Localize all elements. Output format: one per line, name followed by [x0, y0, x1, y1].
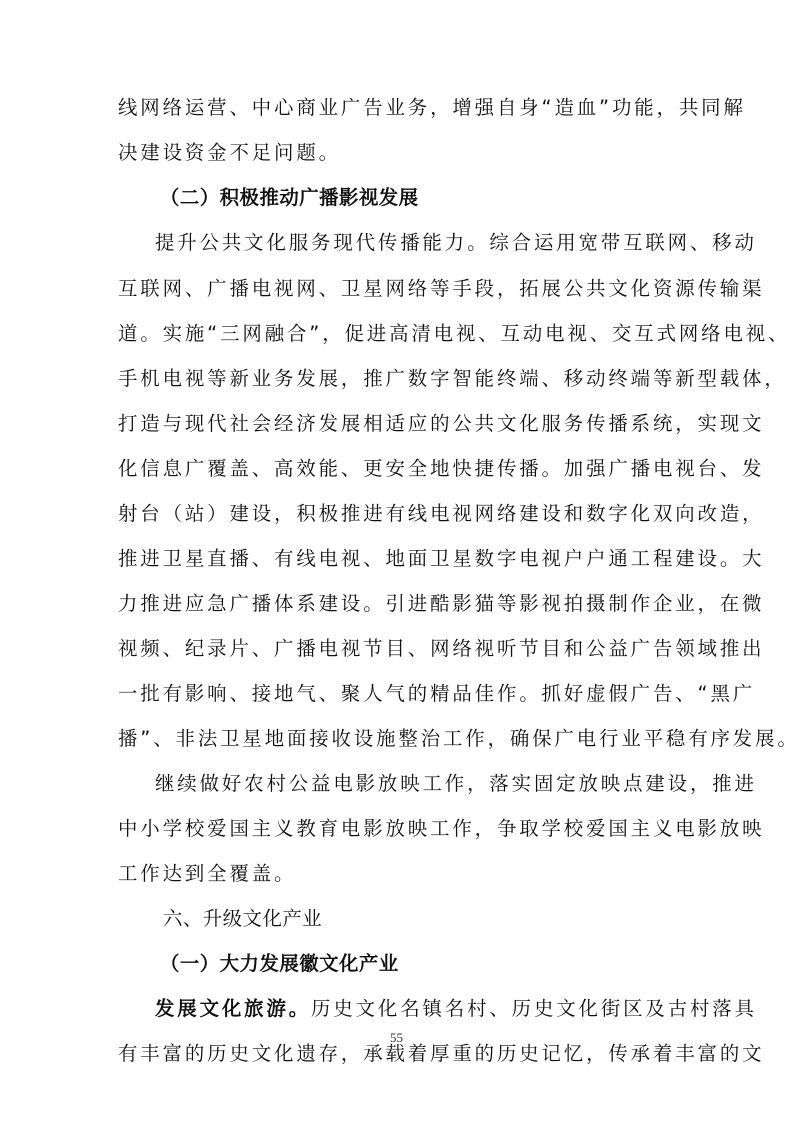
document-page: 线网络运营、中心商业广告业务，增强自身“造血”功能，共同解决建设资金不足问题。（… [0, 0, 793, 1122]
text-line: 推进卫星直播、有线电视、地面卫星数字电视户户通工程建设。大 [118, 547, 686, 571]
text-line: 线网络运营、中心商业广告业务，增强自身“造血”功能，共同解 [118, 96, 686, 120]
text-line: 工作达到全覆盖。 [118, 862, 686, 886]
text-line: 一批有影响、接地气、聚人气的精品佳作。抓好虚假广告、“黑广 [118, 682, 686, 706]
text-line: 手机电视等新业务发展，推广数字智能终端、移动终端等新型载体， [118, 367, 686, 391]
text-line: 力推进应急广播体系建设。引进酷影猫等影视拍摄制作企业，在微 [118, 592, 686, 616]
text-line: 射台（站）建设，积极推进有线电视网络建设和数字化双向改造， [118, 502, 686, 526]
page-number: 55 [0, 1030, 793, 1046]
text-line: 播”、非法卫星地面接收设施整治工作，确保广电行业平稳有序发展。 [118, 727, 686, 751]
text-line: 打造与现代社会经济发展相适应的公共文化服务传播系统，实现文 [118, 412, 686, 436]
text-line: 提升公共文化服务现代传播能力。综合运用宽带互联网、移动 [155, 231, 686, 255]
bold-lead-text: 发展文化旅游。 [155, 997, 311, 1020]
text-line: 互联网、广播电视网、卫星网络等手段，拓展公共文化资源传输渠 [118, 277, 686, 301]
section-heading: （二）积极推动广播影视发展 [160, 186, 686, 210]
paragraph-culture-tourism-line-1: 发展文化旅游。历史文化名镇名村、历史文化街区及古村落具 [155, 997, 686, 1021]
text-line: 化信息广覆盖、高效能、更安全地快捷传播。加强广播电视台、发 [118, 457, 686, 481]
section-heading: （一）大力发展徽文化产业 [160, 952, 686, 976]
text-line: 视频、纪录片、广播电视节目、网络视听节目和公益广告领域推出 [118, 637, 686, 661]
text-line: 继续做好农村公益电影放映工作，落实固定放映点建设，推进 [155, 772, 686, 796]
text-line: 道。实施“三网融合”，促进高清电视、互动电视、交互式网络电视、 [118, 322, 686, 346]
text-line: 中小学校爱国主义教育电影放映工作，争取学校爱国主义电影放映 [118, 817, 686, 841]
text-line: 决建设资金不足问题。 [118, 141, 686, 165]
section-heading: 六、升级文化产业 [163, 907, 686, 931]
